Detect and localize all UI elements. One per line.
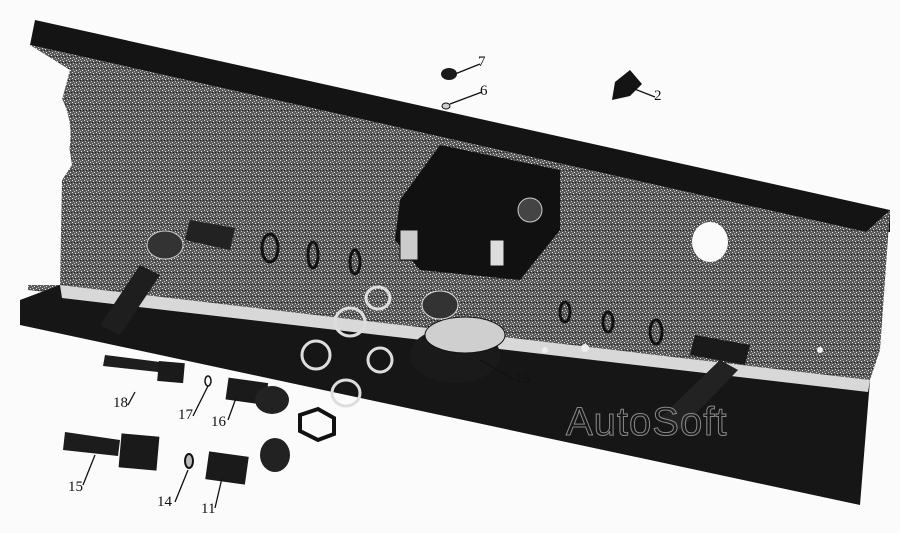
callout-15: 15 bbox=[68, 480, 83, 495]
part-18-union bbox=[103, 355, 185, 383]
watermark: AutoSoft bbox=[566, 400, 727, 445]
exploded-diagram: 7 6 2 13 18 17 16 15 14 11 AutoSoft bbox=[0, 0, 900, 533]
part-2-bolt bbox=[612, 70, 642, 100]
callout-7: 7 bbox=[478, 55, 486, 70]
callout-2: 2 bbox=[654, 89, 662, 104]
part-16-fitting bbox=[226, 378, 289, 414]
callout-18: 18 bbox=[113, 396, 128, 411]
part-14-washer bbox=[185, 454, 193, 468]
callout-13: 13 bbox=[515, 372, 530, 387]
part-7-nut bbox=[441, 68, 457, 80]
part-15-union bbox=[63, 432, 159, 471]
callout-6: 6 bbox=[480, 84, 488, 99]
part-6-hole bbox=[442, 103, 450, 109]
frame-hole bbox=[692, 222, 728, 262]
part-17-oring bbox=[205, 376, 211, 386]
part-11-fitting bbox=[205, 438, 290, 485]
callout-16: 16 bbox=[211, 415, 226, 430]
callout-17: 17 bbox=[178, 408, 193, 423]
callout-11: 11 bbox=[201, 502, 215, 517]
part-nut-hex bbox=[300, 409, 334, 440]
callout-14: 14 bbox=[157, 495, 172, 510]
